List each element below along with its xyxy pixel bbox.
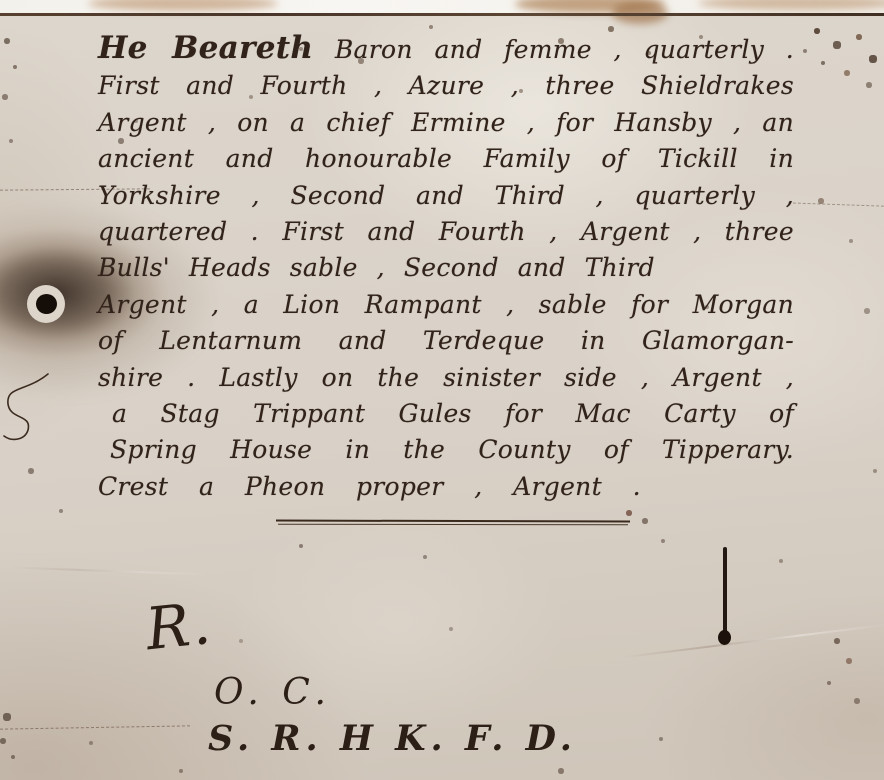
document-photo: He Beareth Baron and femme , quarterly .… xyxy=(0,0,884,780)
paper-crease xyxy=(621,624,884,659)
text-line: Yorkshire , Second and Third , quarterly… xyxy=(98,178,794,214)
ink-stroke-blob xyxy=(718,630,731,645)
paper-fold-line xyxy=(0,13,884,16)
paper-crease xyxy=(10,567,210,576)
text-line: Spring House in the County of Tipperary. xyxy=(98,432,794,468)
text-line: ancient and honourable Family of Tickill… xyxy=(98,141,794,177)
edge-stain xyxy=(698,0,884,10)
text-line: Bulls' Heads sable , Second and Third xyxy=(98,250,655,286)
divider-rule-bottom xyxy=(278,524,628,526)
ink-stroke-mark xyxy=(723,547,727,637)
pen-squiggle xyxy=(0,370,54,446)
signature-initials-srhkfd: S. R. H K. F. D. xyxy=(208,718,577,759)
paper-top-edge xyxy=(0,0,884,13)
text-line: Argent , a Lion Rampant , sable for Morg… xyxy=(98,287,794,323)
text-line: He Beareth Baron and femme , quarterly . xyxy=(98,30,794,68)
text-line: quartered . First and Fourth , Argent , … xyxy=(98,214,794,250)
signature-initial-r: R. xyxy=(143,589,216,664)
text-line: a Stag Trippant Gules for Mac Carty of xyxy=(98,396,794,432)
text-line: Argent , on a chief Ermine , for Hansby … xyxy=(98,105,794,141)
text-line: of Lentarnum and Terdeque in Glamorgan- xyxy=(98,323,794,359)
text-line: Crest a Pheon proper , Argent . xyxy=(98,469,641,505)
divider-rule xyxy=(276,520,630,526)
text-line: First and Fourth , Azure , three Shieldr… xyxy=(98,68,794,104)
edge-stain xyxy=(88,0,278,11)
signature-initials-oc: O. C. xyxy=(214,672,332,713)
handwritten-blazon: He Beareth Baron and femme , quarterly .… xyxy=(98,30,794,505)
text-line: shire . Lastly on the sinister side , Ar… xyxy=(98,360,794,396)
ink-specks xyxy=(0,0,2,2)
paper-crease xyxy=(0,725,190,729)
paper-crease xyxy=(788,202,884,206)
divider-rule-top xyxy=(276,520,630,523)
text-line-lead: He Beareth xyxy=(98,30,313,66)
ink-blot xyxy=(36,294,57,314)
